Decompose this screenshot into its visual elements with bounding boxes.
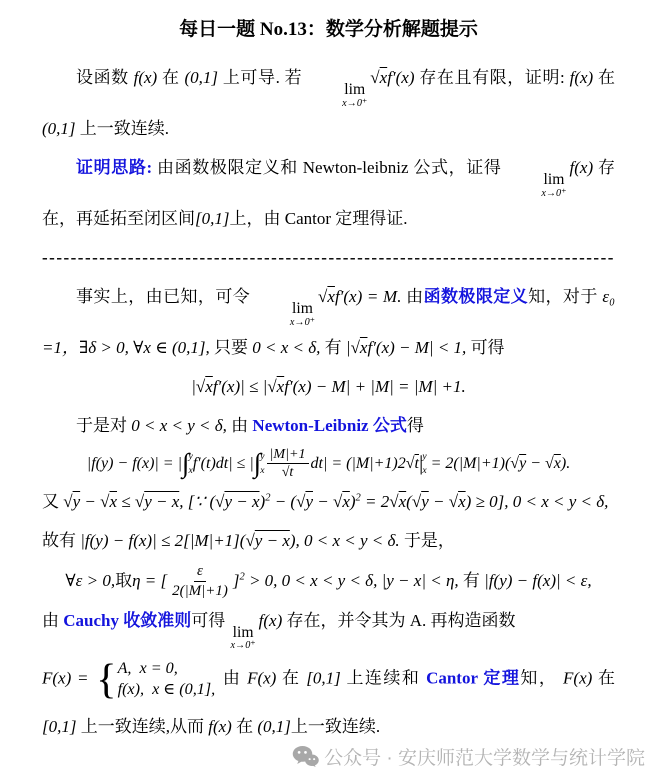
- conclusion-inequality-line: 故有 |f(y) − f(x)| ≤ 2[|M|+1](√y − x), 0 <…: [42, 521, 615, 560]
- wechat-watermark: 公众号 · 安庆师范大学数学与统计学院: [292, 743, 645, 770]
- problem-statement: 设函数 f(x) 在 (0,1] 上可导. 若 limx→0⁺√xf′(x) 存…: [42, 58, 615, 148]
- fact-paragraph: 事实上，由已知，可令 limx→0⁺√xf′(x) = M. 由函数极限定义知，…: [42, 277, 615, 367]
- bound-formula: |√xf′(x)| ≤ |√xf′(x) − M| + |M| = |M| +1…: [42, 367, 615, 406]
- cauchy-line: 由 Cauchy 收敛准则可得 limx→0⁺f(x) 存在，并令其为 A. 再…: [42, 601, 615, 652]
- construction-paragraph: F(x) = {A, x = 0,f(x), x ∈ (0,1], 由 F(x)…: [42, 652, 615, 746]
- newton-leibniz-line: 于是对 0 < x < y < δ, 由 Newton-Leibniz 公式得: [42, 406, 615, 445]
- wechat-icon: [292, 745, 319, 768]
- epsilon-formula: ∀ε > 0,取η = [ε2(|M|+1)]2 > 0, 0 < x < y …: [42, 561, 615, 601]
- page-title: 每日一题 No.13：数学分析解题提示: [42, 14, 615, 46]
- proof-idea: 证明思路: 由函数极限定义和 Newton-leibniz 公式，证得 limx…: [42, 148, 615, 238]
- sqrt-inequality-line: 又 √y − √x ≤ √y − x, [∵ (√y − x)2 − (√y −…: [42, 482, 615, 521]
- separator-line: ----------------------------------------…: [42, 238, 615, 277]
- watermark-text: 公众号 · 安庆师范大学数学与统计学院: [324, 743, 645, 770]
- integral-formula: |f(y) − f(x)| = |∫yxf′(t)dt| ≤ |∫yx|M|+1…: [42, 446, 615, 483]
- document-page: 每日一题 No.13：数学分析解题提示 设函数 f(x) 在 (0,1] 上可导…: [0, 0, 651, 774]
